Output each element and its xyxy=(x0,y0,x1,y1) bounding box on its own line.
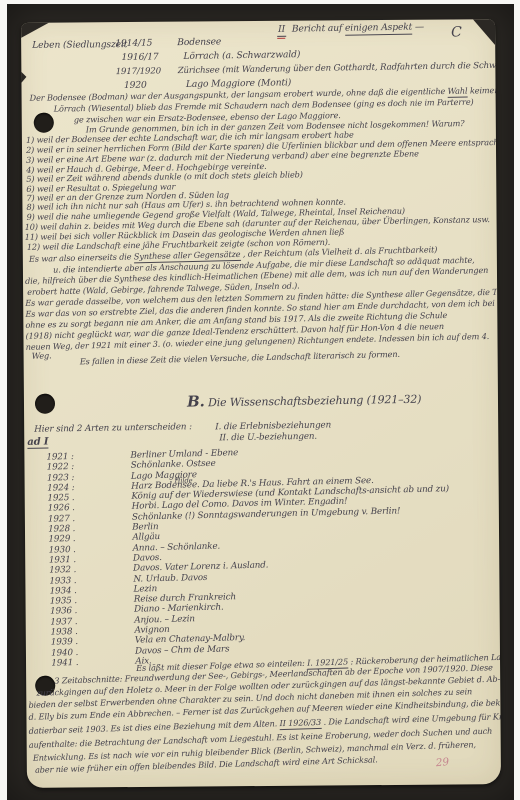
intro-year-list: 1914/15Bodensee 1916/17Lörrach (a. Schwa… xyxy=(115,31,501,94)
intro-label: Leben (Siedlungszeit xyxy=(32,39,127,51)
edge-notch xyxy=(21,71,26,84)
text-line: Es fallen in diese Zeit die vielen Versu… xyxy=(80,349,400,367)
text-line: Weg. xyxy=(32,350,52,360)
section-heading: B. Die Wissenschaftsbeziehung (1921–32) xyxy=(187,389,422,411)
year-list: 1921 :Berliner Umland - Ebene 1922 :Schö… xyxy=(46,443,453,669)
scan-background: II Bericht auf einigen Aspekt — C Leben … xyxy=(0,0,520,800)
heading-dash: — xyxy=(415,21,424,32)
text-line: Hier sind 2 Arten zu unterscheiden : xyxy=(34,422,192,435)
document-page: II Bericht auf einigen Aspekt — C Leben … xyxy=(21,19,501,788)
page-number: 29 xyxy=(435,756,449,769)
text-line: I. die Erlebnisbeziehungen xyxy=(215,420,331,432)
punch-hole xyxy=(35,394,55,414)
ad-label: ad I xyxy=(27,436,48,448)
dark-mat: II Bericht auf einigen Aspekt — C Leben … xyxy=(7,4,514,800)
inserted-word: Hilde xyxy=(175,477,193,485)
punch-hole xyxy=(34,113,54,133)
corner-cut-top-left xyxy=(21,23,49,38)
text-line: II. die U.-beziehungen. xyxy=(219,432,317,444)
section-letter: B. xyxy=(187,392,205,410)
